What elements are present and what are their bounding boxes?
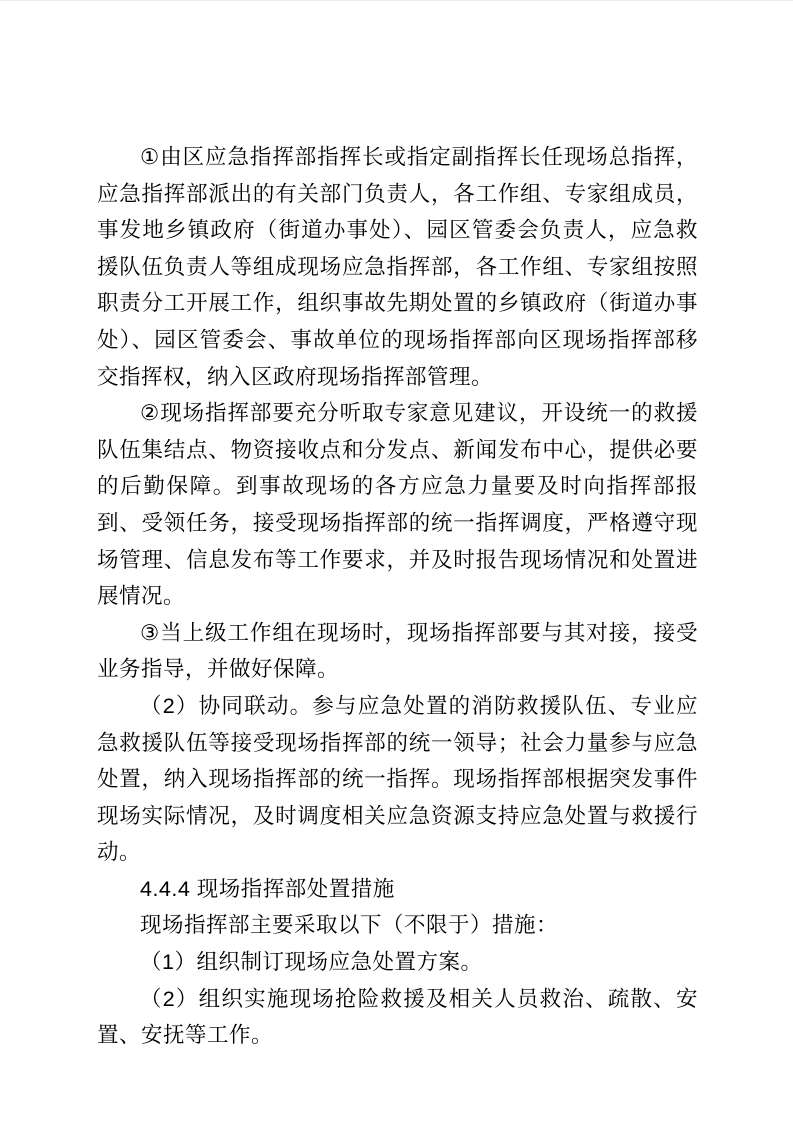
paragraph-expert-advice: ②现场指挥部要充分听取专家意见建议，开设统一的救援队伍集结点、物资接收点和分发点…	[97, 395, 698, 615]
paragraph-coordinated-linkage: （2）协同联动。参与应急处置的消防救援队伍、专业应急救援队伍等接受现场指挥部的统…	[97, 688, 698, 871]
paragraph-measure-2: （2）组织实施现场抢险救援及相关人员救治、疏散、安置、安抚等工作。	[97, 981, 698, 1054]
paragraph-measure-1: （1）组织制订现场应急处置方案。	[97, 944, 698, 981]
document-body: ①由区应急指挥部指挥长或指定副指挥长任现场总指挥，应急指挥部派出的有关部门负责人…	[97, 139, 698, 1054]
paragraph-command-composition: ①由区应急指挥部指挥长或指定副指挥长任现场总指挥，应急指挥部派出的有关部门负责人…	[97, 139, 698, 395]
paragraph-measures-intro: 现场指挥部主要采取以下（不限于）措施：	[97, 907, 698, 944]
paragraph-superior-workgroup: ③当上级工作组在现场时，现场指挥部要与其对接，接受业务指导，并做好保障。	[97, 615, 698, 688]
section-heading: 4.4.4 现场指挥部处置措施	[97, 871, 698, 908]
document-page: ①由区应急指挥部指挥长或指定副指挥长任现场总指挥，应急指挥部派出的有关部门负责人…	[0, 0, 793, 1122]
